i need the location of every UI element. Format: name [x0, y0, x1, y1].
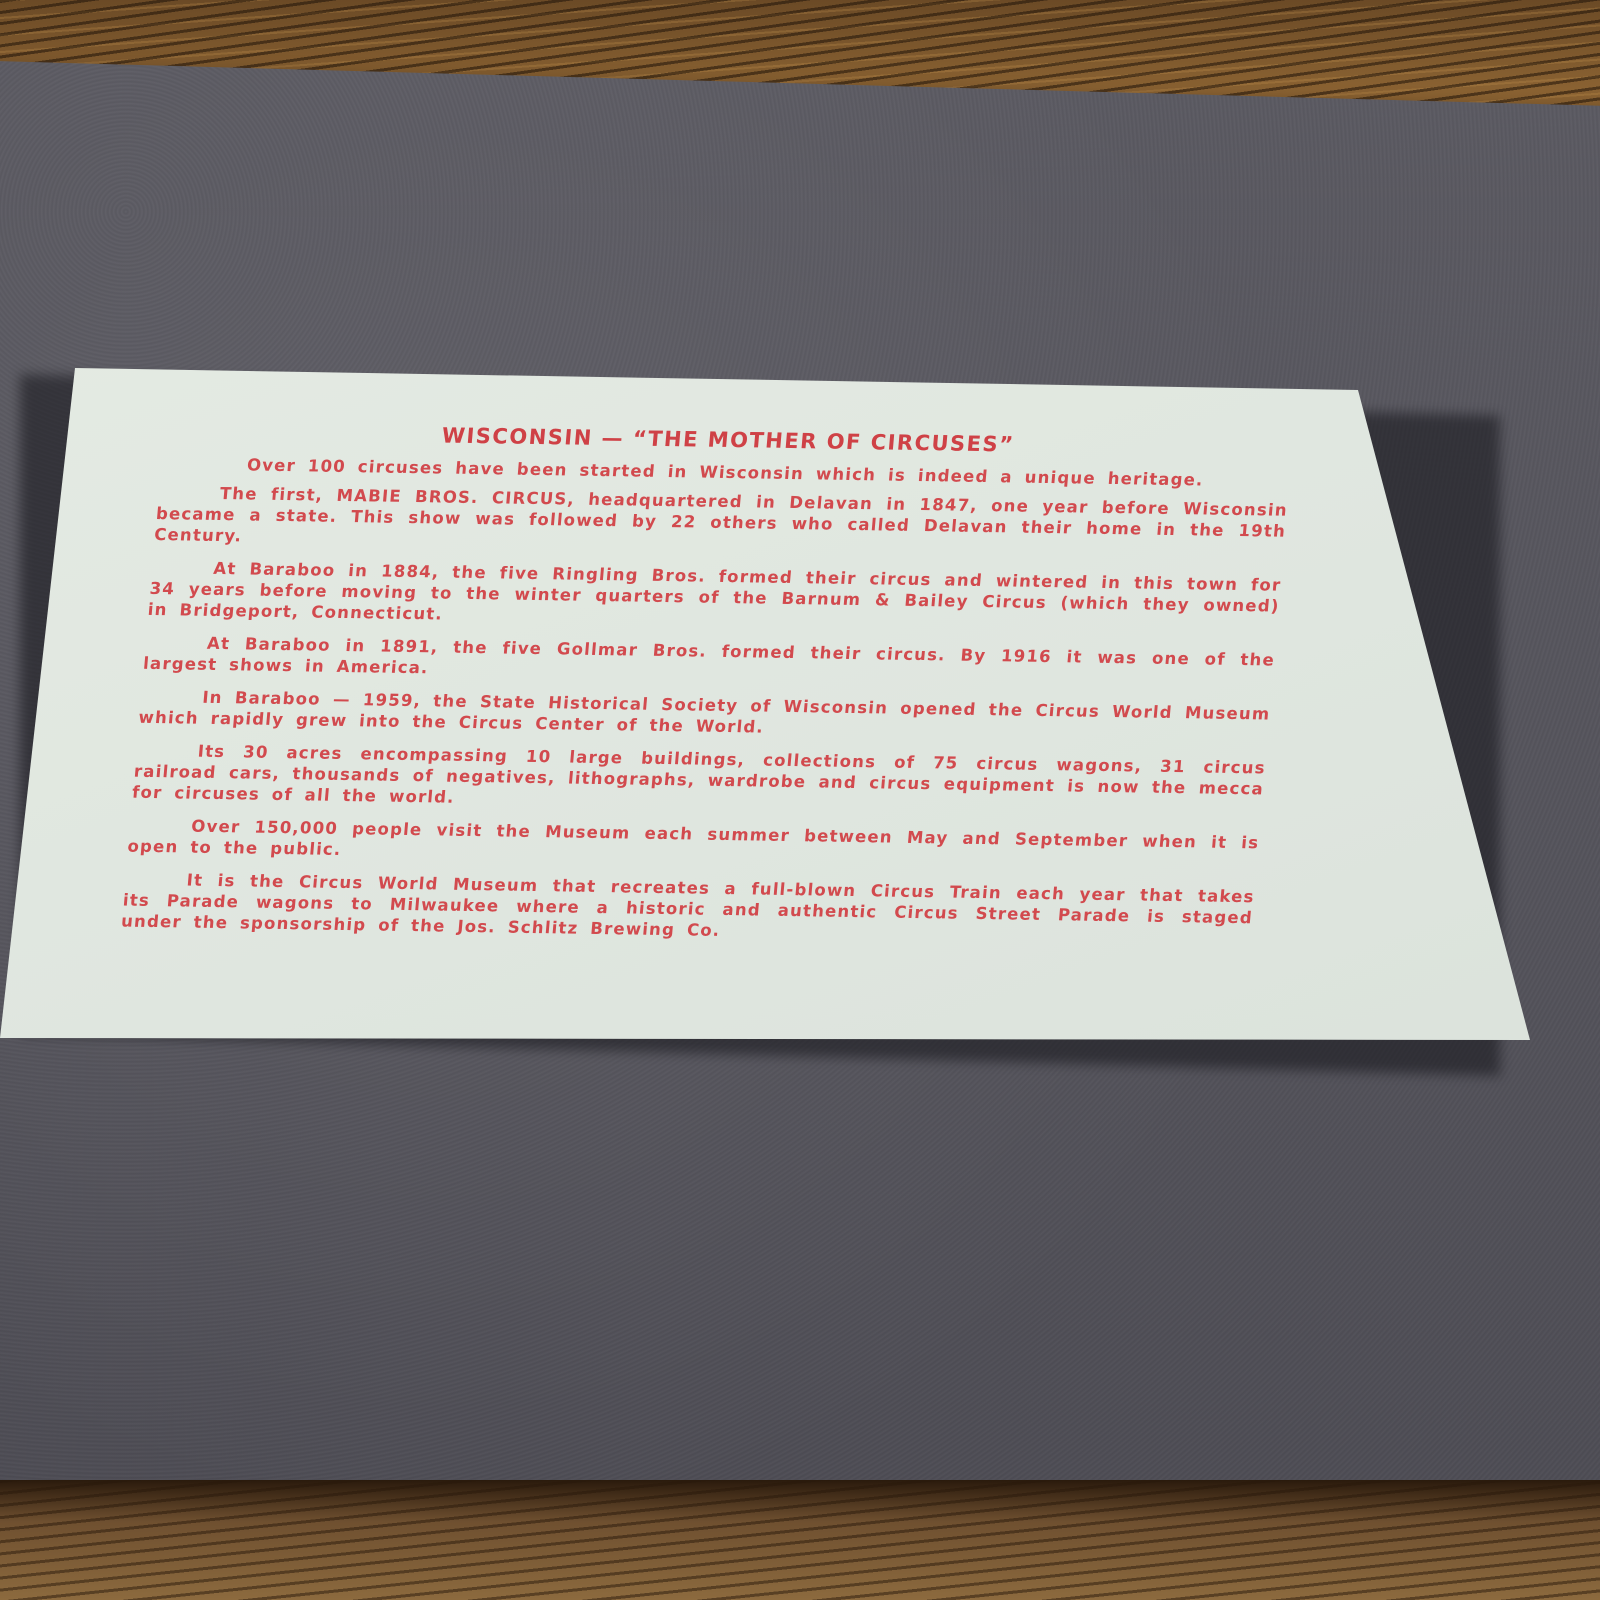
card-text: WISCONSIN — “THE MOTHER OF CIRCUSES” Ove…	[119, 409, 1295, 961]
paragraph-circus-parade: It is the Circus World Museum that recre…	[120, 869, 1255, 950]
paragraph-circus-world-museum: In Baraboo — 1959, the State Historical …	[138, 686, 1271, 746]
paragraph-mabie-bros: The first, MABIE BROS. CIRCUS, headquart…	[153, 482, 1288, 563]
card-title: WISCONSIN — “THE MOTHER OF CIRCUSES”	[162, 419, 1294, 461]
paragraph-visitors: Over 150,000 people visit the Museum eac…	[127, 815, 1260, 875]
paragraph-gollmar-bros: At Baraboo in 1891, the five Gollmar Bro…	[142, 632, 1275, 692]
paragraph-ringling-bros: At Baraboo in 1884, the five Ringling Br…	[147, 557, 1282, 638]
paragraph-museum-collections: Its 30 acres encompassing 10 large build…	[131, 740, 1266, 821]
wooden-table-bottom-edge	[0, 1480, 1600, 1600]
